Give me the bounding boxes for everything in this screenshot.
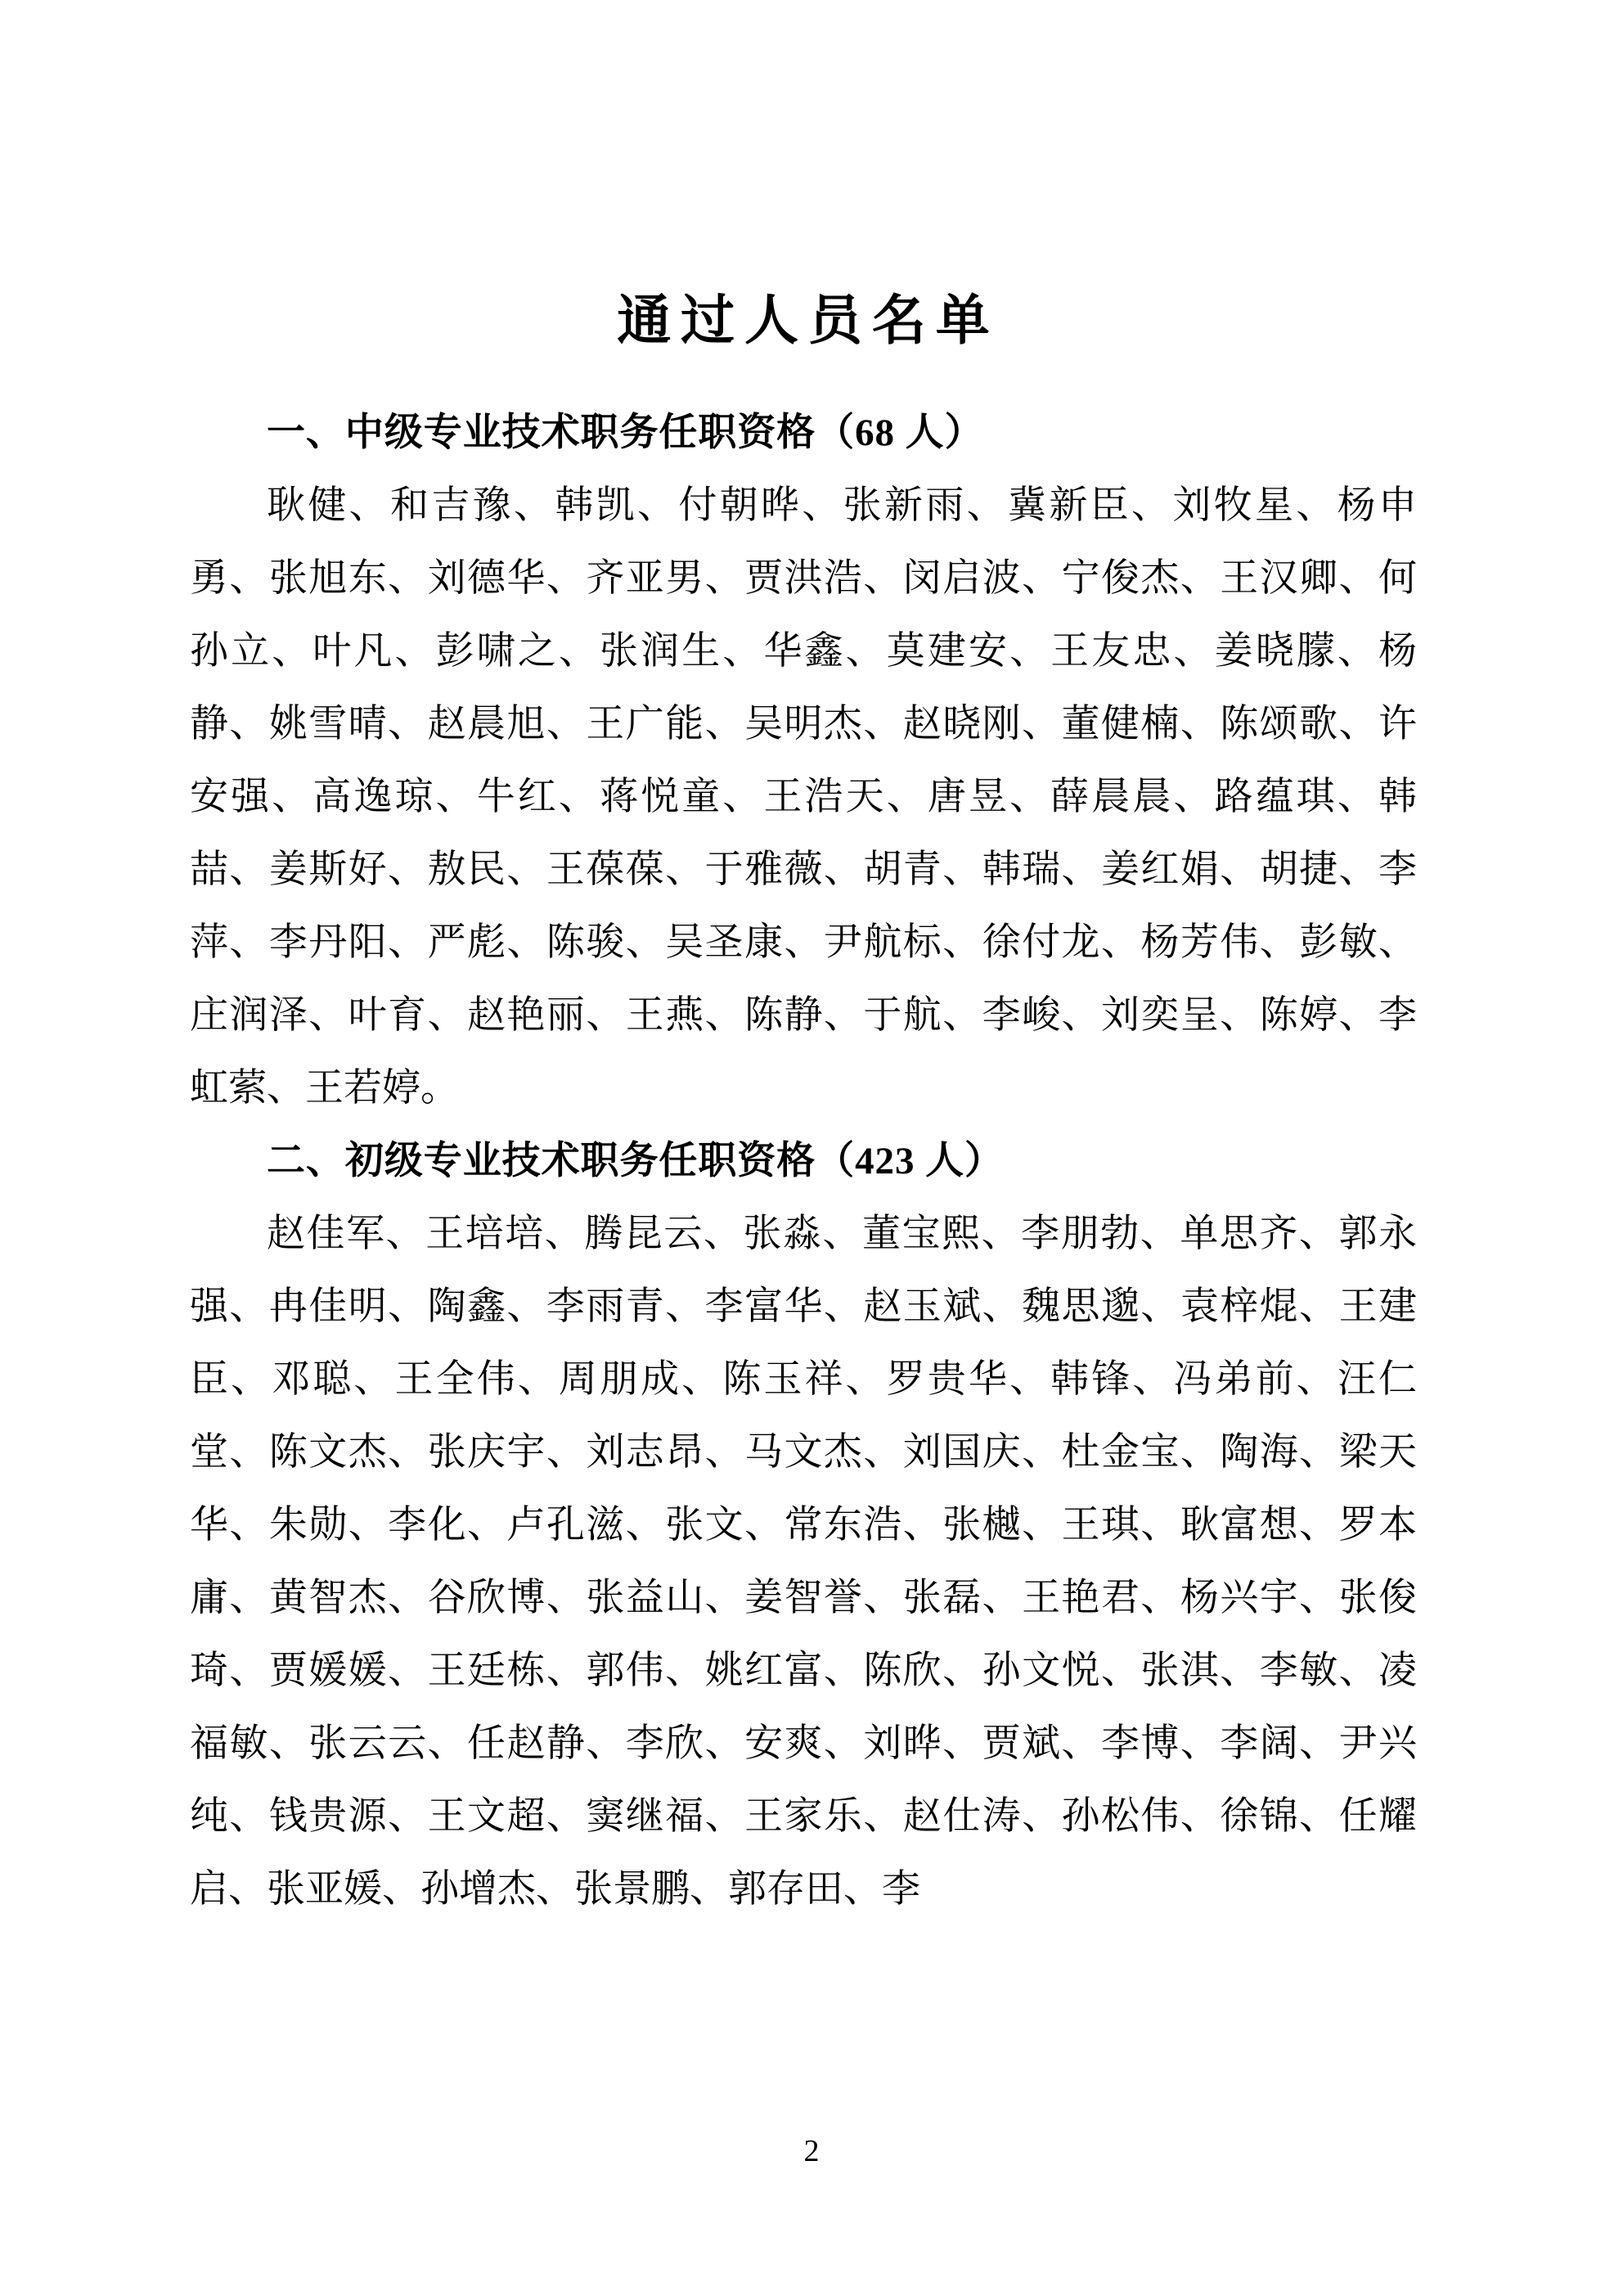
page-number: 2 xyxy=(0,2136,1623,2167)
section-intermediate-qualification: 一、中级专业技术职务任职资格（68 人） 耿健、和吉豫、韩凯、付朝晔、张新雨、冀… xyxy=(190,397,1417,1125)
document-page: 通过人员名单 一、中级专业技术职务任职资格（68 人） 耿健、和吉豫、韩凯、付朝… xyxy=(0,0,1623,2296)
section-junior-qualification: 二、初级专业技术职务任职资格（423 人） 赵佳军、王培培、腾昆云、张淼、董宝熙… xyxy=(190,1125,1417,1926)
section-heading-intermediate: 一、中级专业技术职务任职资格（68 人） xyxy=(190,397,1417,470)
name-list-intermediate: 耿健、和吉豫、韩凯、付朝晔、张新雨、冀新臣、刘牧星、杨申勇、张旭东、刘德华、齐亚… xyxy=(190,470,1417,1125)
page-title: 通过人员名单 xyxy=(190,293,1417,349)
section-heading-junior: 二、初级专业技术职务任职资格（423 人） xyxy=(190,1125,1417,1198)
name-list-junior: 赵佳军、王培培、腾昆云、张淼、董宝熙、李朋勃、单思齐、郭永强、冉佳明、陶鑫、李雨… xyxy=(190,1198,1417,1926)
